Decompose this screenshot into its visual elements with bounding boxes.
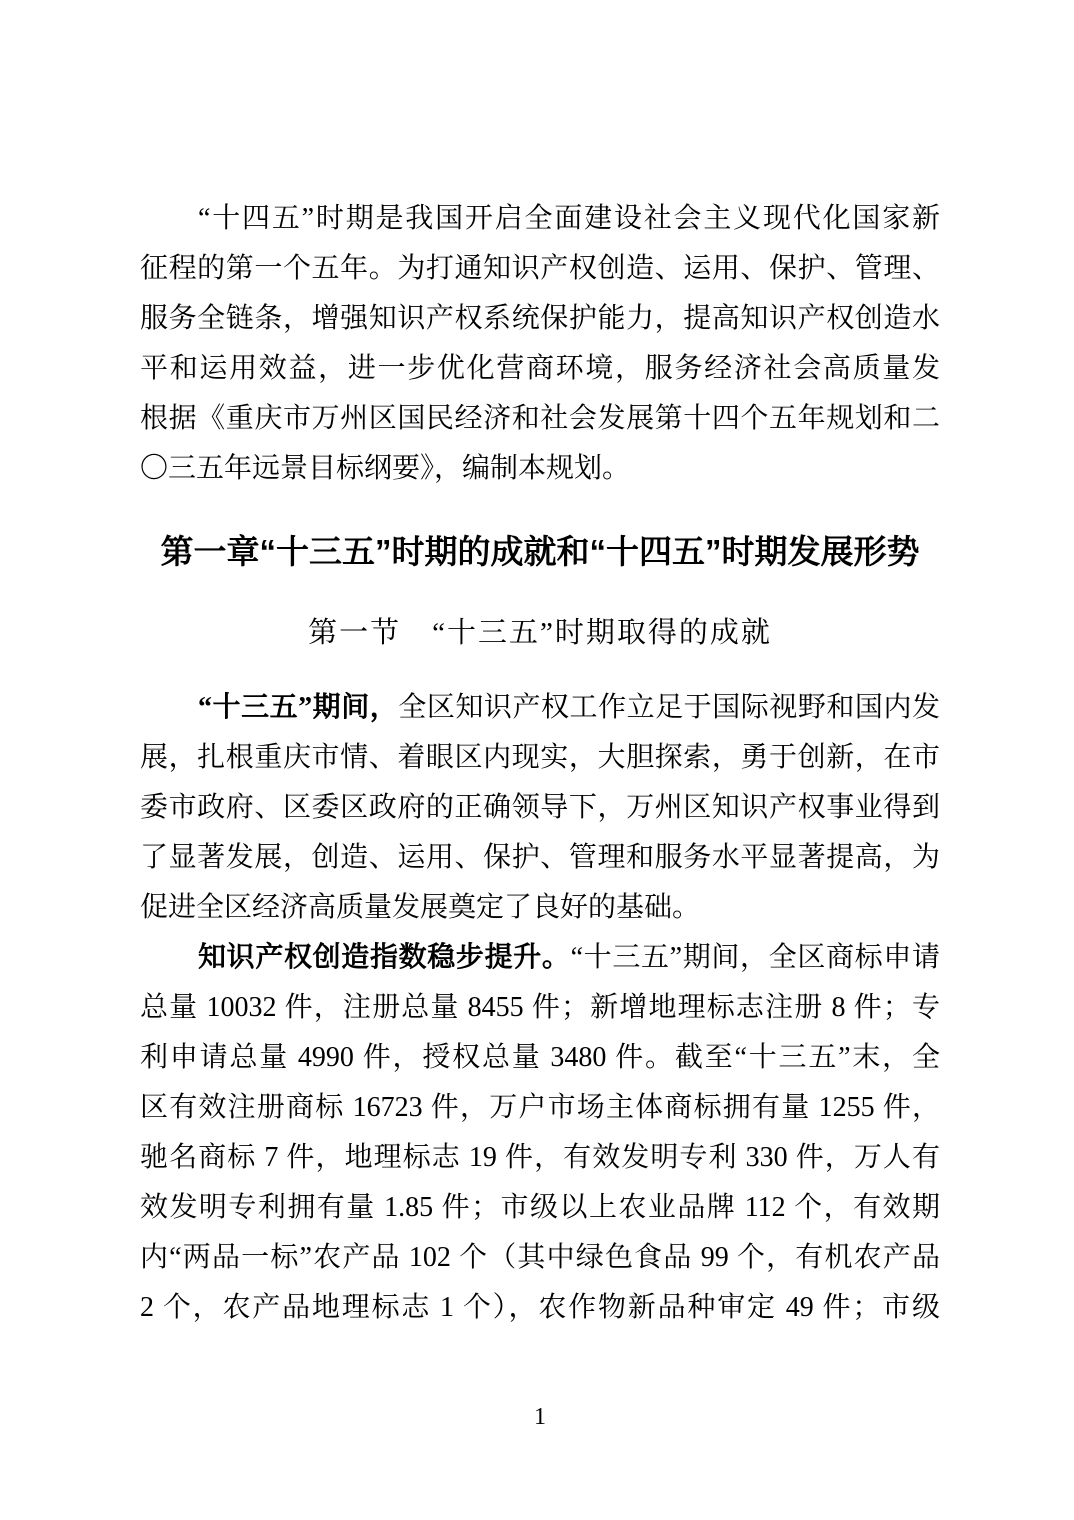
text-line: 〇三五年远景目标纲要》，编制本规划。 (140, 444, 940, 494)
text-line: 知识产权创造指数稳步提升。“十三五”期间，全区商标申请 (140, 933, 940, 983)
paragraph-intro: “十四五”时期是我国开启全面建设社会主义现代化国家新 征程的第一个五年。为打通知… (140, 194, 940, 494)
text-line: 驰名商标 7 件，地理标志 19 件，有效发明专利 330 件，万人有 (140, 1133, 940, 1183)
text-line: 了显著发展，创造、运用、保护、管理和服务水平显著提高，为 (140, 833, 940, 883)
text-line: 区有效注册商标 16723 件，万户市场主体商标拥有量 1255 件， (140, 1083, 940, 1133)
paragraph-achievements: “十三五”期间，全区知识产权工作立足于国际视野和国内发 展，扎根重庆市情、着眼区… (140, 683, 940, 933)
document-content: “十四五”时期是我国开启全面建设社会主义现代化国家新 征程的第一个五年。为打通知… (140, 194, 940, 1442)
bold-lead-text: “十三五”期间， (198, 692, 398, 723)
text-line: 展，扎根重庆市情、着眼区内现实，大胆探索，勇于创新，在市 (140, 733, 940, 783)
text-line: 服务全链条，增强知识产权系统保护能力，提高知识产权创造水 (140, 294, 940, 344)
text-line: “十三五”期间，全区知识产权工作立足于国际视野和国内发 (140, 683, 940, 733)
text-line: 总量 10032 件，注册总量 8455 件；新增地理标志注册 8 件；专 (140, 983, 940, 1033)
text-line: 效发明专利拥有量 1.85 件；市级以上农业品牌 112 个，有效期 (140, 1183, 940, 1233)
text-line: 委市政府、区委区政府的正确领导下，万州区知识产权事业得到 (140, 783, 940, 833)
chapter-heading: 第一章“十三五”时期的成就和“十四五”时期发展形势 (140, 527, 940, 577)
text-line: 促进全区经济高质量发展奠定了良好的基础。 (140, 883, 940, 933)
text-line: 根据《重庆市万州区国民经济和社会发展第十四个五年规划和二 (140, 394, 940, 444)
text-segment: “十三五”期间，全区商标申请 (571, 942, 940, 973)
text-line: 利申请总量 4990 件，授权总量 3480 件。截至“十三五”末，全 (140, 1033, 940, 1083)
text-line: 征程的第一个五年。为打通知识产权创造、运用、保护、管理、 (140, 244, 940, 294)
document-page: “十四五”时期是我国开启全面建设社会主义现代化国家新 征程的第一个五年。为打通知… (0, 0, 1074, 1520)
section-heading: 第一节 “十三五”时期取得的成就 (140, 608, 940, 658)
text-line: 内“两品一标”农产品 102 个（其中绿色食品 99 个，有机农产品 (140, 1233, 940, 1283)
bold-lead-text: 知识产权创造指数稳步提升。 (198, 942, 571, 973)
text-line: 平和运用效益，进一步优化营商环境，服务经济社会高质量发展， (140, 344, 940, 394)
text-line: 2 个，农产品地理标志 1 个），农作物新品种审定 49 件；市级 (140, 1283, 940, 1333)
paragraph-creation-index: 知识产权创造指数稳步提升。“十三五”期间，全区商标申请 总量 10032 件，注… (140, 933, 940, 1333)
text-line: “十四五”时期是我国开启全面建设社会主义现代化国家新 (140, 194, 940, 244)
page-number: 1 (140, 1392, 940, 1442)
text-segment: 全区知识产权工作立足于国际视野和国内发 (398, 692, 940, 723)
